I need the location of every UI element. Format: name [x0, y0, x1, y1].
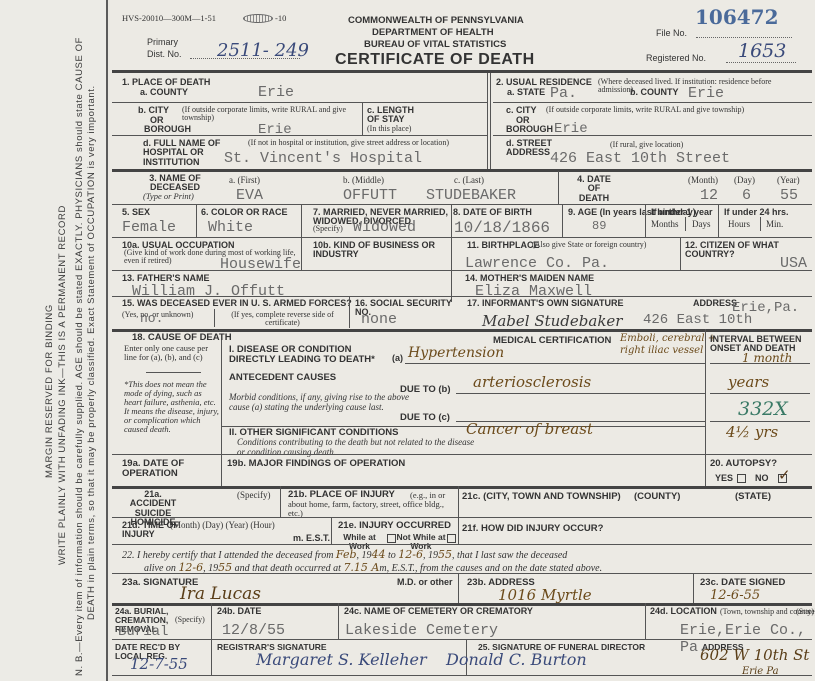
first-name-label: a. (First)	[229, 176, 260, 185]
injury-how-label: 21f. HOW DID INJURY OCCUR?	[462, 524, 603, 534]
cause-star-note: *This does not mean the mode of dying, s…	[124, 380, 219, 434]
attended-from-year: 44	[372, 548, 386, 561]
last-name-value: STUDEBAKER	[426, 187, 516, 204]
burial-date-value: 12/8/55	[222, 622, 285, 639]
attended-to: 12-6	[398, 548, 423, 561]
cause-enter-note: Enter only one cause per line for (a), (…	[124, 344, 219, 362]
dod-year-label: (Year)	[777, 176, 800, 185]
armed-forces-value: no.	[140, 311, 163, 326]
injury-county-label: (COUNTY)	[634, 492, 680, 502]
date-recd-value: 12-7-55	[130, 655, 188, 673]
binding-margin: MARGIN RESERVED FOR BINDING WRITE PLAINL…	[0, 0, 108, 681]
injury-state-label: (STATE)	[735, 492, 771, 502]
residence-county-label: b. COUNTY	[630, 88, 679, 97]
date-signed-value: 12-6-55	[710, 588, 760, 603]
length-of-stay-note: (In this place)	[367, 125, 411, 133]
file-no-line	[696, 37, 792, 38]
agency-bureau: BUREAU OF VITAL STATISTICS	[364, 40, 506, 50]
disease-condition-label: I. DISEASE OR CONDITION DIRECTLY LEADING…	[229, 345, 389, 365]
hospital-note: (If not in hospital or institution, give…	[248, 139, 483, 147]
antecedent-causes-label: ANTECEDENT CAUSES	[229, 373, 336, 383]
morbid-note: Morbid conditions, if any, giving rise t…	[229, 393, 409, 413]
date-signed-label: 23c. DATE SIGNED	[700, 578, 785, 588]
months-label: Months	[651, 220, 679, 229]
middle-name-label: b. (Middle)	[343, 176, 384, 185]
sex-label: 5. SEX	[122, 208, 150, 217]
margin-binding-text: MARGIN RESERVED FOR BINDING	[44, 304, 55, 478]
business-label: 10b. KIND OF BUSINESS OR INDUSTRY	[313, 241, 443, 260]
days-label: Days	[692, 220, 711, 229]
residence-county-value: Erie	[688, 85, 724, 102]
dist-no-label: Dist. No.	[147, 50, 182, 59]
death-county-label: a. COUNTY	[140, 88, 188, 97]
dod-month-label: (Month)	[688, 176, 718, 185]
age-value: 89	[592, 219, 606, 233]
agency-commonwealth: COMMONWEALTH OF PENNSYLVANIA	[348, 16, 524, 26]
hospital-value: St. Vincent's Hospital	[224, 150, 422, 167]
margin-nb-line2: DEATH in plain terms, so that it may be …	[86, 85, 97, 620]
interval-b-value: years	[728, 373, 769, 391]
section-divider	[487, 73, 491, 169]
accident-specify: (Specify)	[237, 491, 271, 500]
death-city-note: (If outside corporate limits, write RURA…	[182, 106, 357, 123]
autopsy-no-label: NO	[755, 474, 769, 483]
cause-b-label: DUE TO (b)	[400, 385, 451, 395]
cemetery-value: Lakeside Cemetery	[345, 622, 498, 639]
informant-label: 17. INFORMANT'S OWN SIGNATURE	[467, 299, 623, 308]
union-seal-icon	[243, 14, 273, 23]
dod-year-value: 55	[780, 187, 798, 204]
length-of-stay-label: c. LENGTH OF STAY	[367, 106, 427, 125]
registered-no-value: 1653	[738, 40, 786, 62]
funeral-address-value: 602 W 10th St	[700, 646, 809, 664]
first-name-value: EVA	[236, 187, 263, 204]
file-no-label: File No.	[656, 29, 687, 38]
cemetery-label: 24c. NAME OF CEMETERY OR CREMATORY	[344, 607, 533, 616]
margin-ink-text: WRITE PLAINLY WITH UNFADING INK—THIS IS …	[57, 205, 68, 565]
certificate-title: CERTIFICATE OF DEATH	[335, 52, 535, 69]
armed-forces-label: 15. WAS DECEASED EVER IN U. S. ARMED FOR…	[122, 299, 352, 308]
race-label: 6. COLOR OR RACE	[201, 208, 288, 217]
under-1-year-label: If under 1 year	[651, 208, 713, 217]
md-or-other-label: M.D. or other	[397, 578, 453, 587]
informant-address-label: ADDRESS	[693, 299, 737, 308]
injury-time-cols: (Month) (Day) (Year) (Hour)	[170, 521, 275, 530]
dod-day-value: 6	[742, 187, 751, 204]
file-no-value: 106472	[695, 5, 779, 29]
burial-location-state-label: (State)	[796, 608, 815, 616]
cause-of-death-label: 18. CAUSE OF DEATH	[132, 333, 232, 343]
operation-date-label: 19a. DATE OF OPERATION	[122, 459, 202, 479]
autopsy-yes-label: YES	[715, 474, 733, 483]
death-city-borough: BOROUGH	[144, 125, 191, 134]
certify-line-1: 22. I hereby certify that I attended the…	[122, 548, 567, 561]
while-at-work-checkbox[interactable]	[387, 534, 396, 543]
autopsy-yes-checkbox[interactable]	[737, 474, 746, 483]
residence-city-note: (If outside corporate limits, write RURA…	[546, 106, 815, 114]
residence-street-value: 426 East 10th Street	[550, 150, 730, 167]
last-name-label: c. (Last)	[454, 176, 484, 185]
cause-b-value: arteriosclerosis	[473, 373, 591, 391]
operation-findings-label: 19b. MAJOR FINDINGS OF OPERATION	[227, 459, 405, 469]
autopsy-label: 20. AUTOPSY?	[710, 459, 777, 469]
form-seal-suffix: -10	[275, 14, 286, 23]
dob-value: 10/18/1866	[454, 219, 550, 237]
residence-street-note: (If rural, give location)	[610, 141, 683, 149]
attended-to-year: 55	[438, 548, 452, 561]
interval-other-value: 4½ yrs	[726, 423, 778, 441]
not-while-at-work-checkbox[interactable]	[447, 534, 456, 543]
injury-est: m. E.S.T.	[293, 534, 330, 543]
birthplace-label: 11. BIRTHPLACE	[467, 241, 540, 250]
injury-place-note: (e.g., in or about home, farm, factory, …	[288, 491, 453, 518]
attended-from: Feb	[336, 548, 357, 561]
marital-note: (Specify)	[313, 225, 343, 233]
death-certificate: HVS-20010—300M—1-51 -10 COMMONWEALTH OF …	[110, 0, 815, 681]
registered-no-label: Registered No.	[646, 54, 706, 63]
registrar-signature: Margaret S. Kelleher	[256, 650, 427, 669]
funeral-director-signature: Donald C. Burton	[446, 650, 587, 669]
burial-date-label: 24b. DATE	[217, 607, 261, 616]
middle-name-value: OFFUTT	[343, 187, 397, 204]
informant-signature: Mabel Studebaker	[482, 312, 622, 330]
cause-a-label: (a)	[392, 354, 403, 363]
header-divider	[112, 70, 812, 73]
burial-location-label: 24d. LOCATION	[650, 607, 717, 616]
residence-state-label: a. STATE	[507, 88, 545, 97]
ssn-value: none	[361, 311, 397, 328]
dod-day-label: (Day)	[734, 176, 755, 185]
physician-signature: Ira Lucas	[180, 584, 261, 604]
interval-code: 332X	[738, 398, 788, 420]
form-code: HVS-20010—300M—1-51	[122, 14, 216, 23]
dod-month-value: 12	[700, 187, 718, 204]
residence-street-label: d. STREET ADDRESS	[506, 139, 556, 158]
race-value: White	[208, 219, 253, 236]
min-label: Min.	[766, 220, 783, 229]
medical-certification-label: MEDICAL CERTIFICATION	[493, 336, 611, 346]
cause-c-label: DUE TO (c)	[400, 413, 450, 423]
burial-specify: (Specify)	[175, 616, 205, 624]
under-24-hrs-label: If under 24 hrs.	[724, 208, 789, 217]
agency-department: DEPARTMENT OF HEALTH	[372, 28, 494, 38]
informant-address-street: 426 East 10th	[643, 312, 752, 328]
birthplace-note: (Also give State or foreign country)	[532, 241, 662, 249]
dob-label: 8. DATE OF BIRTH	[453, 208, 532, 217]
armed-forces-note-2: (If yes, complete reverse side of certif…	[220, 311, 345, 328]
checkmark-icon: ✓	[778, 466, 791, 484]
registered-no-line	[726, 62, 796, 63]
name-type-note: (Type or Print)	[143, 192, 194, 201]
hours-label: Hours	[728, 220, 750, 229]
death-county-value: Erie	[258, 84, 294, 101]
margin-nb-line1: N. B.—Every item of information should b…	[74, 37, 85, 676]
primary-label: Primary	[147, 38, 178, 47]
injury-occurred-label: 21e. INJURY OCCURRED	[338, 521, 451, 531]
marital-value: Widowed	[353, 219, 416, 236]
injury-city-label: 21c. (CITY, TOWN AND TOWNSHIP)	[462, 492, 621, 502]
dist-no-value: 2511- 249	[217, 40, 309, 61]
sex-value: Female	[122, 219, 176, 236]
cause-a-value: Hypertension	[408, 345, 504, 361]
other-conditions-value: Cancer of breast	[466, 420, 593, 438]
residence-state-value: Pa.	[550, 85, 577, 102]
burial-value: Burial	[118, 624, 168, 640]
residence-city-borough: BOROUGH	[506, 125, 553, 134]
date-of-death-label: 4. DATE OF DEATH	[572, 175, 616, 203]
physician-address: 1016 Myrtle	[498, 586, 592, 604]
